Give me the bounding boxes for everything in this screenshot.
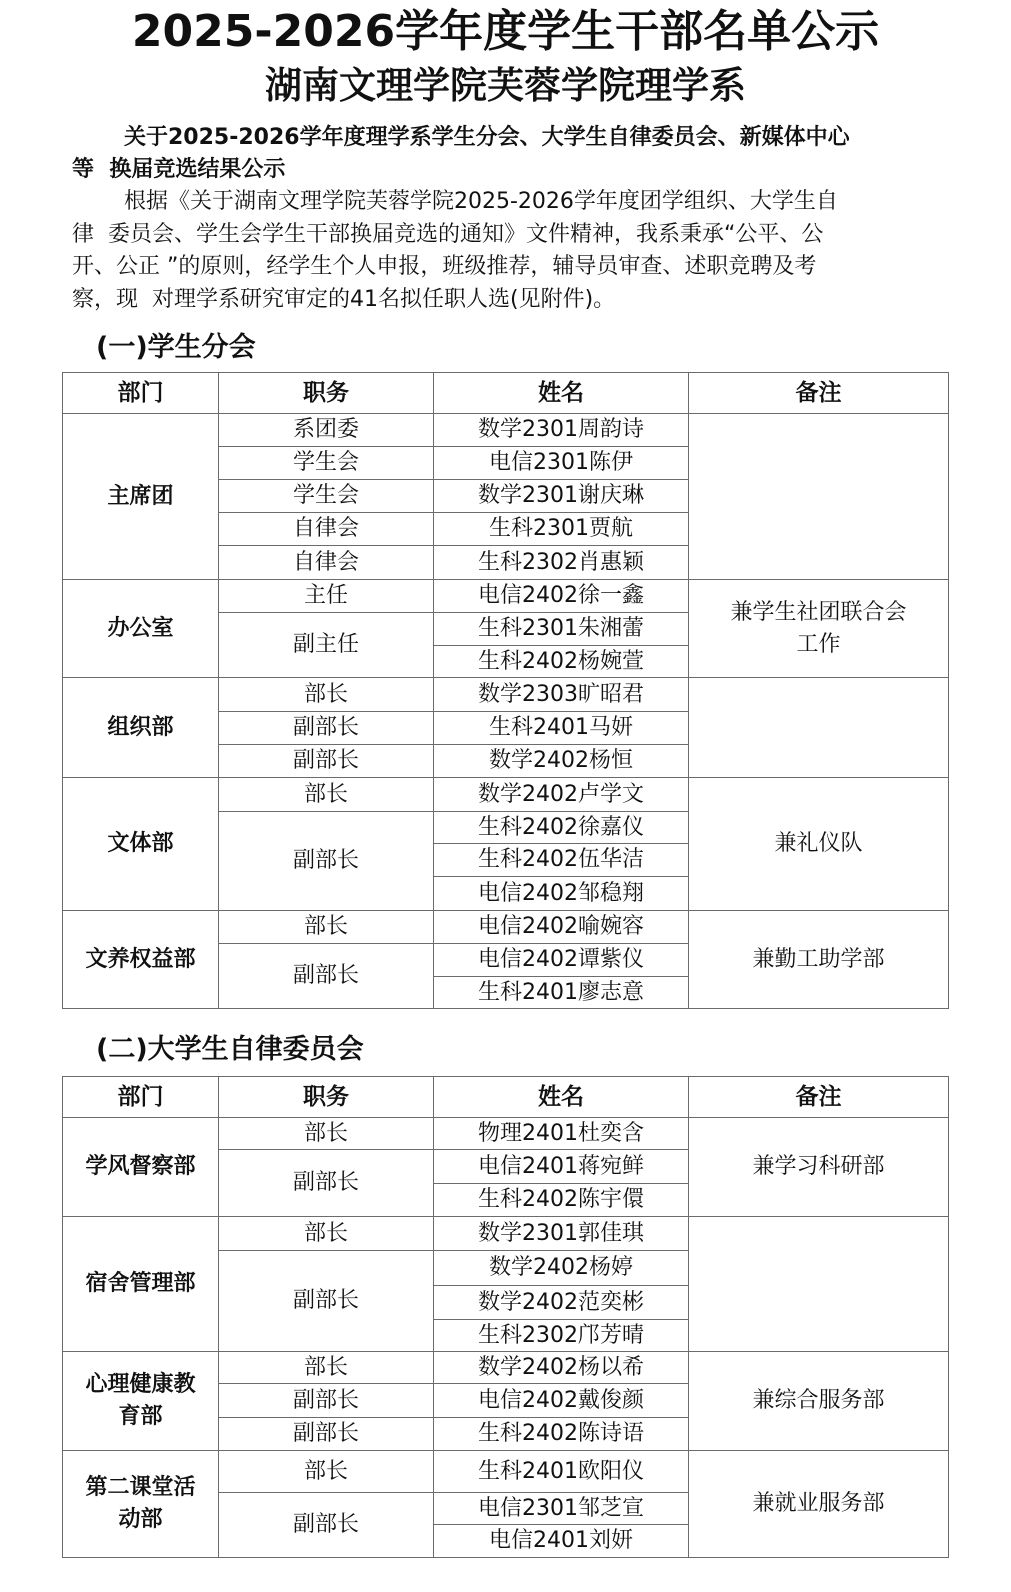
dept-cell: 文养权益部 <box>63 911 219 1009</box>
note-cell: 兼勤工助学部 <box>689 911 949 1009</box>
position-cell: 自律会 <box>219 546 434 580</box>
notice-body-line-2: 律 委员会、学生会学生干部换届竞选的通知》文件精神，我系秉承“公平、公 <box>72 219 952 252</box>
name-cell: 电信2301陈伊 <box>434 447 689 480</box>
dept-cell: 文体部 <box>63 778 219 911</box>
dept-line: 心理健康教 <box>63 1369 218 1401</box>
name-cell: 生科2401马妍 <box>434 712 689 745</box>
position-cell: 系团委 <box>219 414 434 447</box>
position-cell: 部长 <box>219 1352 434 1384</box>
name-cell: 电信2401蒋宛鲜 <box>434 1150 689 1184</box>
table-header-row: 部门 职务 姓名 备注 <box>63 373 949 414</box>
name-cell: 数学2301谢庆琳 <box>434 480 689 513</box>
position-cell: 部长 <box>219 1118 434 1150</box>
dept-cell: 第二课堂活 动部 <box>63 1451 219 1558</box>
dept-line: 动部 <box>63 1504 218 1536</box>
position-cell: 副部长 <box>219 1384 434 1418</box>
name-cell: 电信2402谭紫仪 <box>434 944 689 977</box>
section-title-self-discipline-committee: (二)大学生自律委员会 <box>96 1032 364 1068</box>
name-cell: 数学2402杨以希 <box>434 1352 689 1384</box>
name-cell: 生科2401廖志意 <box>434 977 689 1009</box>
self-discipline-committee-table: 部门 职务 姓名 备注 学风督察部 部长 物理2401杜奕含 兼学习科研部 副部… <box>62 1076 949 1558</box>
note-cell: 兼礼仪队 <box>689 778 949 911</box>
position-cell: 副部长 <box>219 1251 434 1352</box>
position-cell: 部长 <box>219 911 434 944</box>
name-cell: 数学2301郭佳琪 <box>434 1217 689 1251</box>
table-row: 第二课堂活 动部 部长 生科2401欧阳仪 兼就业服务部 <box>63 1451 949 1493</box>
table-row: 学风督察部 部长 物理2401杜奕含 兼学习科研部 <box>63 1118 949 1150</box>
table-header-row: 部门 职务 姓名 备注 <box>63 1077 949 1118</box>
table-row: 办公室 主任 电信2402徐一鑫 兼学生社团联合会 工作 <box>63 580 949 613</box>
column-header-name: 姓名 <box>434 1077 689 1118</box>
position-cell: 主任 <box>219 580 434 613</box>
position-cell: 部长 <box>219 1217 434 1251</box>
name-cell: 数学2301周韵诗 <box>434 414 689 447</box>
column-header-note: 备注 <box>689 373 949 414</box>
notice-body-line-3: 开、公正 ”的原则，经学生个人申报，班级推荐，辅导员审查、述职竞聘及考 <box>72 251 952 284</box>
note-line: 工作 <box>689 629 948 661</box>
notice-body-line-4: 察，现 对理学系研究审定的41名拟任职人选(见附件)。 <box>72 284 952 317</box>
position-cell: 部长 <box>219 778 434 812</box>
name-cell: 生科2302肖惠颖 <box>434 546 689 580</box>
page-title: 2025-2026学年度学生干部名单公示 <box>0 4 1011 60</box>
position-cell: 副部长 <box>219 1418 434 1451</box>
table-row: 主席团 系团委 数学2301周韵诗 <box>63 414 949 447</box>
position-cell: 部长 <box>219 1451 434 1493</box>
name-cell: 电信2402戴俊颜 <box>434 1384 689 1418</box>
table-row: 宿舍管理部 部长 数学2301郭佳琪 <box>63 1217 949 1251</box>
note-line: 兼学生社团联合会 <box>689 597 948 629</box>
name-cell: 生科2402徐嘉仪 <box>434 812 689 844</box>
column-header-dept: 部门 <box>63 1077 219 1118</box>
dept-cell: 宿舍管理部 <box>63 1217 219 1352</box>
name-cell: 生科2402杨婉萱 <box>434 646 689 678</box>
name-cell: 数学2303旷昭君 <box>434 678 689 712</box>
position-cell: 副部长 <box>219 1150 434 1217</box>
name-cell: 电信2402邹稳翔 <box>434 877 689 911</box>
name-cell: 生科2402陈诗语 <box>434 1418 689 1451</box>
notice-body-line-1: 根据《关于湖南文理学院芙蓉学院2025-2026学年度团学组织、大学生自 <box>72 186 952 219</box>
name-cell: 电信2401刘妍 <box>434 1525 689 1558</box>
student-union-table: 部门 职务 姓名 备注 主席团 系团委 数学2301周韵诗 学生会 电信2301… <box>62 372 949 1009</box>
notice-heading: 关于2025-2026学年度理学系学生分会、大学生自律委员会、新媒体中心 等 换… <box>72 122 952 186</box>
table-row: 文养权益部 部长 电信2402喻婉容 兼勤工助学部 <box>63 911 949 944</box>
page-subtitle: 湖南文理学院芙蓉学院理学系 <box>0 62 1011 110</box>
dept-cell: 办公室 <box>63 580 219 678</box>
dept-cell: 心理健康教 育部 <box>63 1352 219 1451</box>
notice-body: 根据《关于湖南文理学院芙蓉学院2025-2026学年度团学组织、大学生自 律 委… <box>72 186 952 316</box>
notice-heading-line-1: 关于2025-2026学年度理学系学生分会、大学生自律委员会、新媒体中心 <box>72 122 952 154</box>
name-cell: 电信2402徐一鑫 <box>434 580 689 613</box>
name-cell: 生科2401欧阳仪 <box>434 1451 689 1493</box>
name-cell: 生科2402陈宇儇 <box>434 1184 689 1217</box>
name-cell: 生科2302邝芳晴 <box>434 1320 689 1352</box>
note-cell <box>689 678 949 778</box>
note-cell: 兼综合服务部 <box>689 1352 949 1451</box>
dept-line: 第二课堂活 <box>63 1472 218 1504</box>
position-cell: 副部长 <box>219 944 434 1009</box>
name-cell: 数学2402卢学文 <box>434 778 689 812</box>
position-cell: 学生会 <box>219 480 434 513</box>
position-cell: 副部长 <box>219 1493 434 1558</box>
name-cell: 生科2301朱湘蕾 <box>434 613 689 646</box>
position-cell: 学生会 <box>219 447 434 480</box>
name-cell: 数学2402范奕彬 <box>434 1286 689 1320</box>
position-cell: 部长 <box>219 678 434 712</box>
name-cell: 电信2402喻婉容 <box>434 911 689 944</box>
position-cell: 副部长 <box>219 745 434 778</box>
dept-cell: 组织部 <box>63 678 219 778</box>
table-row: 组织部 部长 数学2303旷昭君 <box>63 678 949 712</box>
dept-cell: 学风督察部 <box>63 1118 219 1217</box>
position-cell: 副主任 <box>219 613 434 678</box>
column-header-note: 备注 <box>689 1077 949 1118</box>
note-cell <box>689 1217 949 1352</box>
name-cell: 生科2402伍华洁 <box>434 844 689 877</box>
note-cell: 兼学生社团联合会 工作 <box>689 580 949 678</box>
name-cell: 电信2301邹芝宣 <box>434 1493 689 1525</box>
note-cell: 兼就业服务部 <box>689 1451 949 1558</box>
section-title-student-union: (一)学生分会 <box>96 330 256 366</box>
column-header-position: 职务 <box>219 1077 434 1118</box>
table-row: 心理健康教 育部 部长 数学2402杨以希 兼综合服务部 <box>63 1352 949 1384</box>
column-header-name: 姓名 <box>434 373 689 414</box>
position-cell: 副部长 <box>219 812 434 911</box>
note-cell <box>689 414 949 580</box>
position-cell: 副部长 <box>219 712 434 745</box>
column-header-position: 职务 <box>219 373 434 414</box>
table-row: 文体部 部长 数学2402卢学文 兼礼仪队 <box>63 778 949 812</box>
column-header-dept: 部门 <box>63 373 219 414</box>
note-cell: 兼学习科研部 <box>689 1118 949 1217</box>
dept-cell: 主席团 <box>63 414 219 580</box>
name-cell: 数学2402杨婷 <box>434 1251 689 1286</box>
notice-heading-line-2: 等 换届竞选结果公示 <box>72 154 952 186</box>
name-cell: 生科2301贾航 <box>434 513 689 546</box>
position-cell: 自律会 <box>219 513 434 546</box>
name-cell: 数学2402杨恒 <box>434 745 689 778</box>
dept-line: 育部 <box>63 1401 218 1433</box>
name-cell: 物理2401杜奕含 <box>434 1118 689 1150</box>
